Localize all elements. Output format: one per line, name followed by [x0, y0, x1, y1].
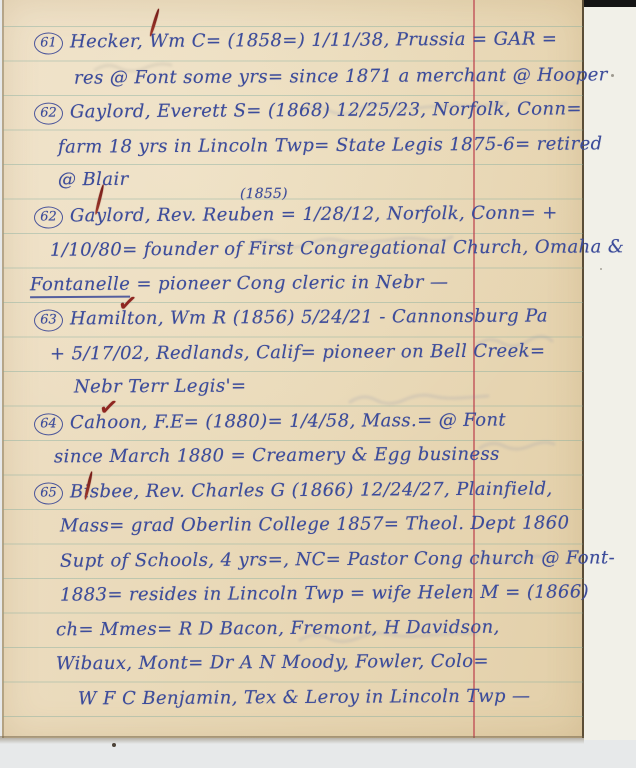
- entry-62b-text-3: = pioneer Cong cleric in Nebr —: [130, 272, 448, 295]
- entry-65-line-3: Supt of Schools, 4 yrs=, NC= Pastor Cong…: [60, 547, 615, 571]
- entry-64-text-1: Cahoon, F.E= (1880)= 1/4/58, Mass.= @ Fo…: [70, 410, 506, 434]
- entry-62-line-2: farm 18 yrs in Lincoln Twp= State Legis …: [58, 133, 603, 157]
- entry-65-line-7: W F C Benjamin, Tex & Leroy in Lincoln T…: [78, 686, 530, 710]
- entry-62b-line-2: 1/10/80= founder of First Congregational…: [50, 236, 624, 261]
- paper-edge-shadow: [0, 736, 584, 744]
- entry-62-text-1: Gaylord, Everett S= (1868) 12/25/23, Nor…: [70, 98, 582, 122]
- scan-speck: [600, 268, 602, 270]
- red-check-icon: ✓: [97, 393, 120, 422]
- scan-speck: [611, 74, 614, 77]
- entry-65-text-3: Supt of Schools, 4 yrs=, NC= Pastor Cong…: [60, 547, 615, 571]
- entry-65-text-6: Wibaux, Mont= Dr A N Moody, Fowler, Colo…: [56, 651, 489, 675]
- entry-65-line-2: Mass= grad Oberlin College 1857= Theol. …: [60, 512, 570, 536]
- entry-65-line-6: Wibaux, Mont= Dr A N Moody, Fowler, Colo…: [56, 651, 489, 675]
- entry-62-line-3: @ Blair: [58, 169, 129, 190]
- entry-63-text-1: Hamilton, Wm R (1856) 5/24/21 - Cannonsb…: [70, 305, 548, 329]
- scan-speck: [112, 743, 116, 747]
- entry-62b-line-1: 62Gaylord, Rev. Reuben = 1/28/12, Norfol…: [34, 202, 558, 228]
- entry-64-text-2: since March 1880 = Creamery & Egg busine…: [54, 444, 500, 468]
- entry-number-badge: 62: [34, 206, 63, 228]
- entry-63-line-1: 63Hamilton, Wm R (1856) 5/24/21 - Cannon…: [34, 305, 548, 331]
- entry-65-text-4: 1883= resides in Lincoln Twp = wife Hele…: [60, 581, 589, 605]
- entry-number-badge: 61: [34, 32, 63, 54]
- entry-62-text-2: farm 18 yrs in Lincoln Twp= State Legis …: [58, 133, 603, 157]
- entry-61-line-2: res @ Font some yrs= since 1871 a mercha…: [74, 64, 608, 88]
- red-check-icon: ✓: [116, 289, 139, 318]
- entry-61-text-2: res @ Font some yrs= since 1871 a mercha…: [74, 64, 608, 88]
- entry-63-text-2: + 5/17/02, Redlands, Calif= pioneer on B…: [50, 340, 546, 364]
- entry-65-text-2: Mass= grad Oberlin College 1857= Theol. …: [60, 512, 570, 536]
- entry-61-text-1: Hecker, Wm C= (1858=) 1/11/38, Prussia =…: [70, 28, 557, 52]
- underlined-word: Fontanelle: [30, 274, 130, 299]
- entry-63-line-2: + 5/17/02, Redlands, Calif= pioneer on B…: [50, 340, 546, 364]
- entry-65-text-5: ch= Mmes= R D Bacon, Fremont, H Davidson…: [56, 617, 500, 641]
- scanned-page: 61Hecker, Wm C= (1858=) 1/11/38, Prussia…: [0, 0, 636, 768]
- entry-62-text-3: @ Blair: [58, 169, 129, 190]
- entry-65-line-1: 65Bisbee, Rev. Charles G (1866) 12/24/27…: [34, 478, 553, 504]
- entry-62-line-1: 62Gaylord, Everett S= (1868) 12/25/23, N…: [34, 98, 582, 124]
- entry-65-line-5: ch= Mmes= R D Bacon, Fremont, H Davidson…: [56, 617, 500, 641]
- entry-65-text-1: Bisbee, Rev. Charles G (1866) 12/24/27, …: [70, 478, 553, 502]
- entry-65-line-4: 1883= resides in Lincoln Twp = wife Hele…: [60, 581, 589, 605]
- entry-62b-line-3: Fontanelle = pioneer Cong cleric in Nebr…: [30, 272, 449, 296]
- entry-61-line-1: 61Hecker, Wm C= (1858=) 1/11/38, Prussia…: [34, 28, 557, 54]
- entry-62b-superscript-year: (1855): [240, 186, 288, 202]
- entry-65-text-7: W F C Benjamin, Tex & Leroy in Lincoln T…: [78, 686, 530, 710]
- entry-62b-text-2: 1/10/80= founder of First Congregational…: [50, 236, 624, 261]
- entry-64-line-2: since March 1880 = Creamery & Egg busine…: [54, 444, 500, 468]
- under-sheet-margin: [584, 6, 636, 740]
- entry-number-badge: 65: [34, 482, 63, 504]
- entry-number-badge: 63: [34, 309, 63, 331]
- scan-edge-strip: [584, 0, 636, 7]
- entry-number-badge: 64: [34, 413, 63, 435]
- entry-number-badge: 62: [34, 102, 63, 124]
- entry-62b-text-1: Gaylord, Rev. Reuben = 1/28/12, Norfolk,…: [70, 202, 558, 226]
